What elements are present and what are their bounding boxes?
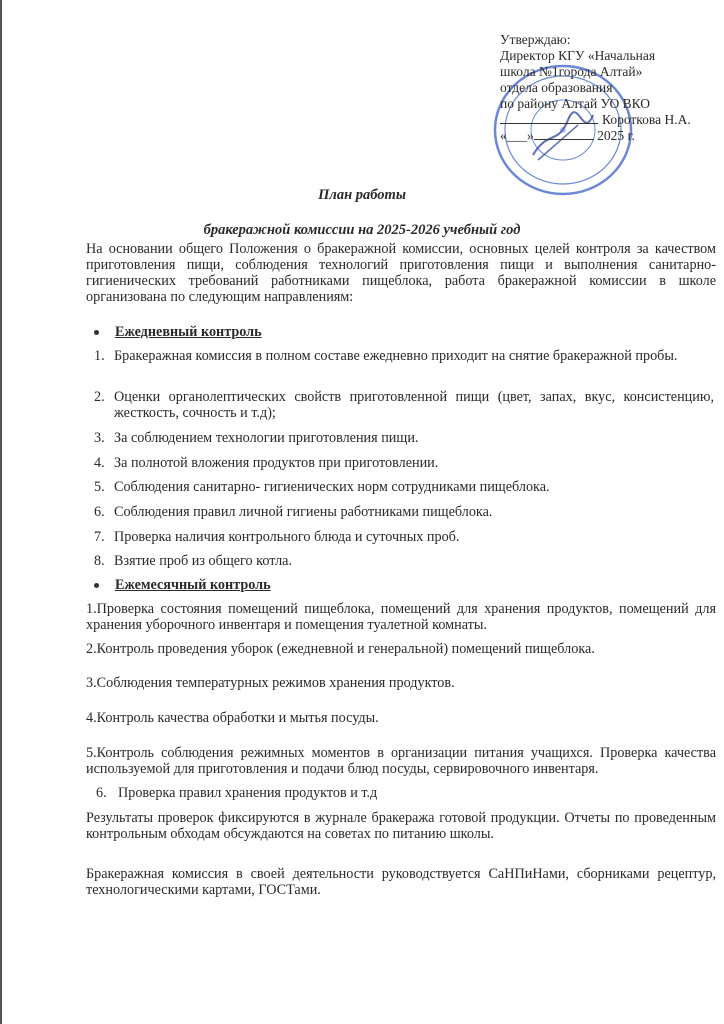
document-subtitle: бракеражной комиссии на 2025-2026 учебны… — [0, 222, 724, 238]
daily-item-3: 3.За соблюдением технологии приготовлени… — [94, 430, 714, 446]
date-month-blank — [534, 128, 594, 140]
results-paragraph: Результаты проверок фиксируются в журнал… — [86, 810, 716, 842]
daily-item-8: 8.Взятие проб из общего котла. — [94, 553, 714, 569]
signature-blank — [500, 112, 598, 124]
approval-date-line: «___» 2025 г. — [500, 128, 720, 144]
approval-school: школа №1города Алтай» — [500, 64, 720, 80]
daily-item-5: 5.Соблюдения санитарно- гигиенических но… — [94, 479, 714, 495]
monthly-item-4: 4.Контроль качества обработки и мытья по… — [86, 710, 716, 726]
scan-edge — [0, 0, 2, 1024]
monthly-item-5: 5.Контроль соблюдения режимных моментов … — [86, 745, 716, 777]
daily-control-heading: Ежедневный контроль — [94, 324, 262, 340]
approval-department: отдела образования — [500, 80, 720, 96]
approval-year: 2025 г. — [597, 128, 635, 143]
daily-item-1: 1.Бракеражная комиссия в полном составе … — [94, 348, 714, 364]
approval-position: Директор КГУ «Начальная — [500, 48, 720, 64]
monthly-item-2: 2.Контроль проведения уборок (ежедневной… — [86, 641, 716, 657]
monthly-item-1: 1.Проверка состояния помещений пищеблока… — [86, 601, 716, 633]
bullet-icon — [94, 583, 99, 588]
approval-signer: Короткова Н.А. — [602, 112, 691, 127]
daily-item-4: 4.За полнотой вложения продуктов при при… — [94, 455, 714, 471]
closing-paragraph: Бракеражная комиссия в своей деятельност… — [86, 866, 716, 898]
monthly-item-6: 6.Проверка правил хранения продуктов и т… — [96, 785, 716, 801]
daily-item-6: 6.Соблюдения правил личной гигиены работ… — [94, 504, 714, 520]
date-day-blank: «___» — [500, 128, 534, 143]
monthly-item-3: 3.Соблюдения температурных режимов хране… — [86, 675, 716, 691]
bullet-icon — [94, 330, 99, 335]
approval-district: по району Алтай УО ВКО — [500, 96, 720, 112]
approval-block: Утверждаю: Директор КГУ «Начальная школа… — [500, 32, 720, 144]
approval-label: Утверждаю: — [500, 32, 720, 48]
daily-item-2: 2.Оценки органолептических свойств приго… — [94, 389, 714, 421]
daily-item-7: 7.Проверка наличия контрольного блюда и … — [94, 529, 714, 545]
monthly-control-heading: Ежемесячный контроль — [94, 577, 271, 593]
approval-signature-line: Короткова Н.А. — [500, 112, 720, 128]
intro-paragraph: На основании общего Положения о бракераж… — [86, 241, 716, 305]
